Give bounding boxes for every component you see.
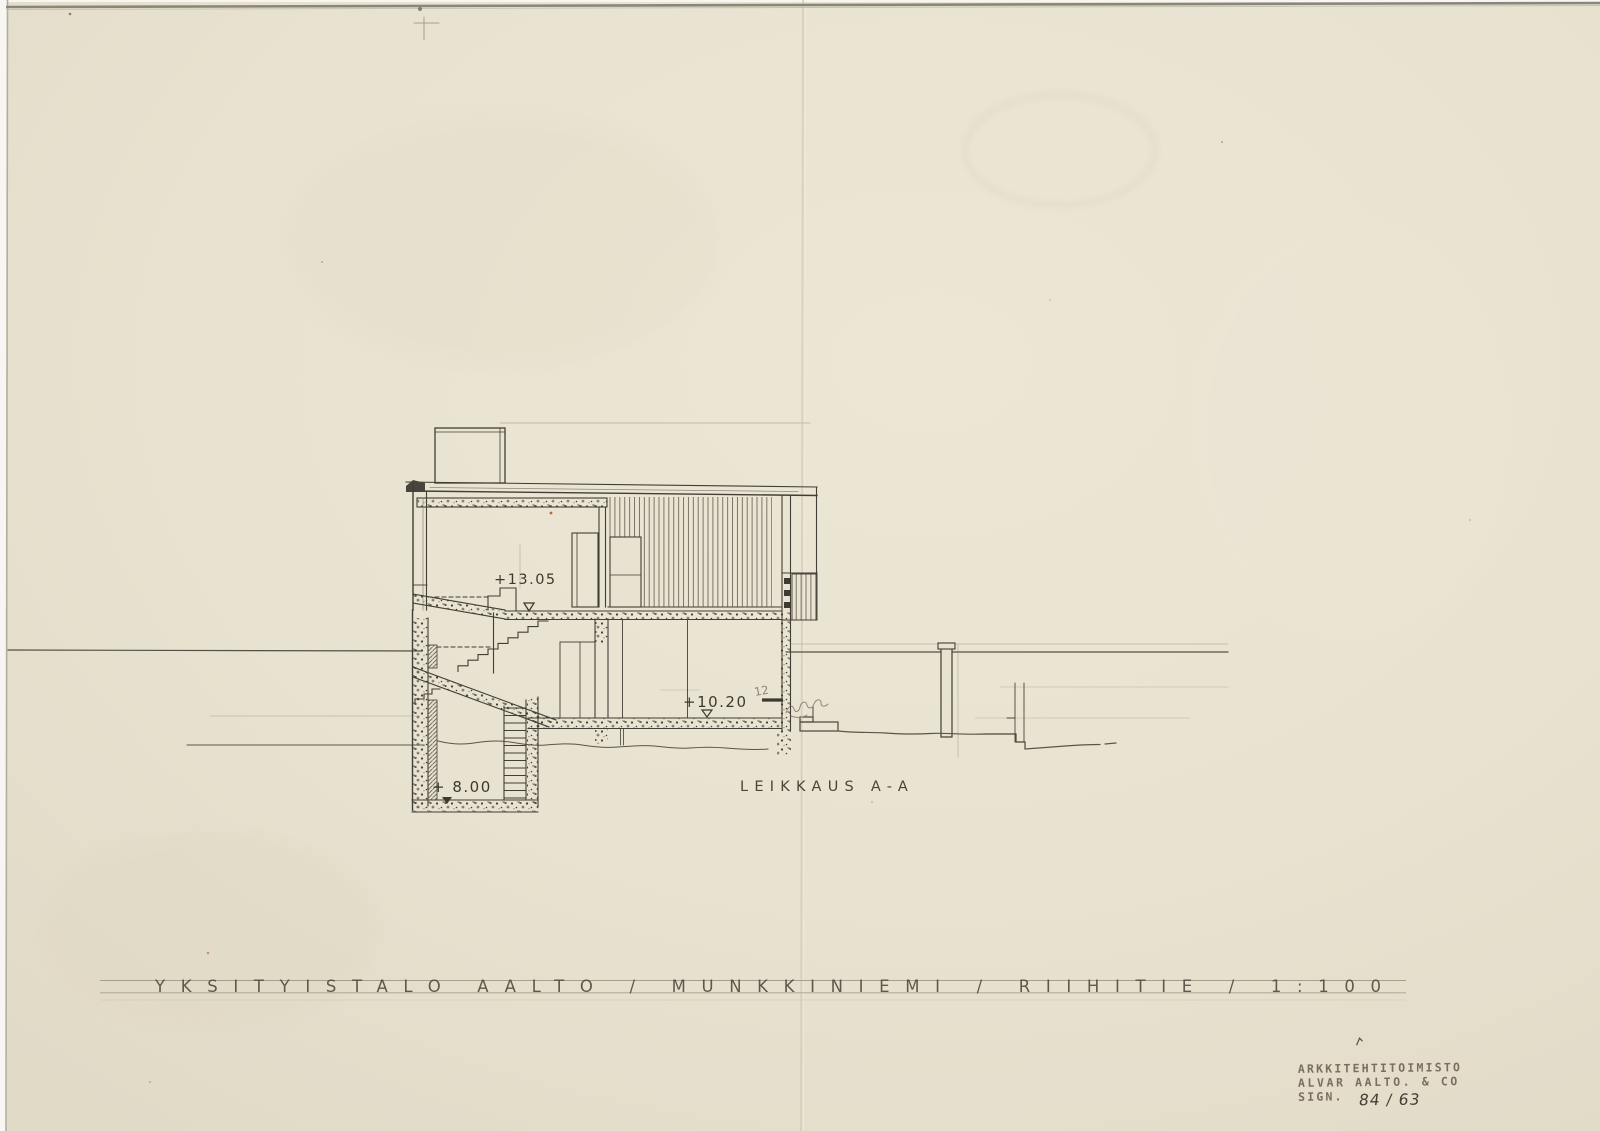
right-wall-concrete <box>781 612 791 730</box>
level-main-value: +10.20 <box>683 693 748 711</box>
footing-right <box>777 729 791 755</box>
section-drawing-canvas: +13.05 +10.20 12 + 8.00 LEIKKAUS A-A YKS… <box>0 0 1600 1131</box>
section-label: LEIKKAUS A-A <box>740 779 913 795</box>
flue <box>595 619 608 643</box>
stamp-firm-line: ALVAR AALTO. & CO <box>1298 1074 1460 1090</box>
red-speck <box>550 512 553 515</box>
fence-post <box>938 643 955 737</box>
paper-sheet <box>0 0 1600 1131</box>
basement-floor <box>412 800 538 812</box>
stamp-sign-label: SIGN. <box>1298 1089 1344 1103</box>
orange-speck <box>207 952 209 954</box>
level-basement-value: + 8.00 <box>432 778 492 796</box>
basement-wall-left <box>412 618 428 808</box>
level-attic-value: +13.05 <box>494 572 557 588</box>
ceiling-insulation <box>417 498 607 507</box>
scanned-drawing-sheet: +13.05 +10.20 12 + 8.00 LEIKKAUS A-A YKS… <box>0 0 1600 1131</box>
stair-hall-door <box>610 537 641 607</box>
wall-lining <box>428 645 437 668</box>
pencil-note: 12 <box>753 683 770 699</box>
stamp-sign-number: 84 / 63 <box>1358 1091 1422 1110</box>
balcony-rail <box>792 574 817 620</box>
